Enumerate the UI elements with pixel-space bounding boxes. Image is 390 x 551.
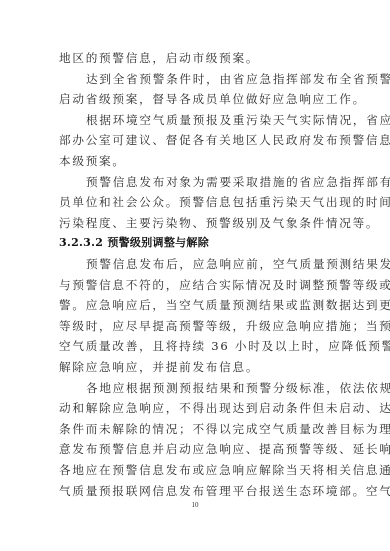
text-line: 本级预案。	[59, 153, 331, 169]
document-page: 地区的预警信息，启动市级预案。 达到全省预警条件时，由省应急指挥部发布全省预警信…	[0, 0, 390, 551]
text-line: 与预警信息不符的，应结合实际情况及时调整预警等级或取消预	[59, 277, 331, 293]
text-line: 各地应在预警信息发布或应急响应解除当天将相关信息通过空	[59, 462, 331, 478]
text-line: 启动省级预案，督导各成员单位做好应急响应工作。	[59, 91, 331, 107]
text-line: 空气质量改善，且将持续 36 小时及以上时，应降低预警等级或	[59, 338, 331, 354]
page-number: 10	[0, 501, 390, 509]
text-line: 解除应急响应，并提前发布信息。	[59, 359, 331, 375]
text-line: 动和解除应急响应，不得出现达到启动条件但未启动、达到解除	[59, 400, 331, 416]
text-line: 达到全省预警条件时，由省应急指挥部发布全省预警信息，	[86, 71, 331, 87]
text-line: 意发布预警信息并启动应急响应、提高预警等级、延长响应时间。	[59, 441, 331, 457]
text-line: 地区的预警信息，启动市级预案。	[59, 50, 331, 66]
text-line: 等级时，应尽早提高预警等级，升级应急响应措施；当预测未来	[59, 318, 331, 334]
text-line: 预警信息发布后，应急响应前，空气质量预测结果发生变化，	[86, 256, 331, 272]
section-heading: 3.2.3.2 预警级别调整与解除	[59, 235, 331, 251]
text-line: 员单位和社会公众。预警信息包括重污染天气出现的时间、范围、	[59, 194, 331, 210]
text-line: 警。应急响应后，当空气质量预测结果或监测数据达到更高预警	[59, 297, 331, 313]
text-line: 部办公室可建议、督促各有关地区人民政府发布预警信息和启动	[59, 132, 331, 148]
text-line: 条件而未解除的情况；不得以完成空气质量改善目标为理由，随	[59, 421, 331, 437]
text-line: 污染程度、主要污染物、预警级别及气象条件情况等。	[59, 215, 331, 231]
text-line: 预警信息发布对象为需要采取措施的省应急指挥部有关成	[86, 174, 331, 190]
text-line: 根据环境空气质量预报及重污染天气实际情况，省应急指挥	[86, 112, 331, 128]
text-line: 各地应根据预测预报结果和预警分级标准，依法依规及时启	[86, 380, 331, 396]
text-line: 气质量预报联网信息发布管理平台报送生态环境部。空气质量预	[59, 483, 331, 499]
